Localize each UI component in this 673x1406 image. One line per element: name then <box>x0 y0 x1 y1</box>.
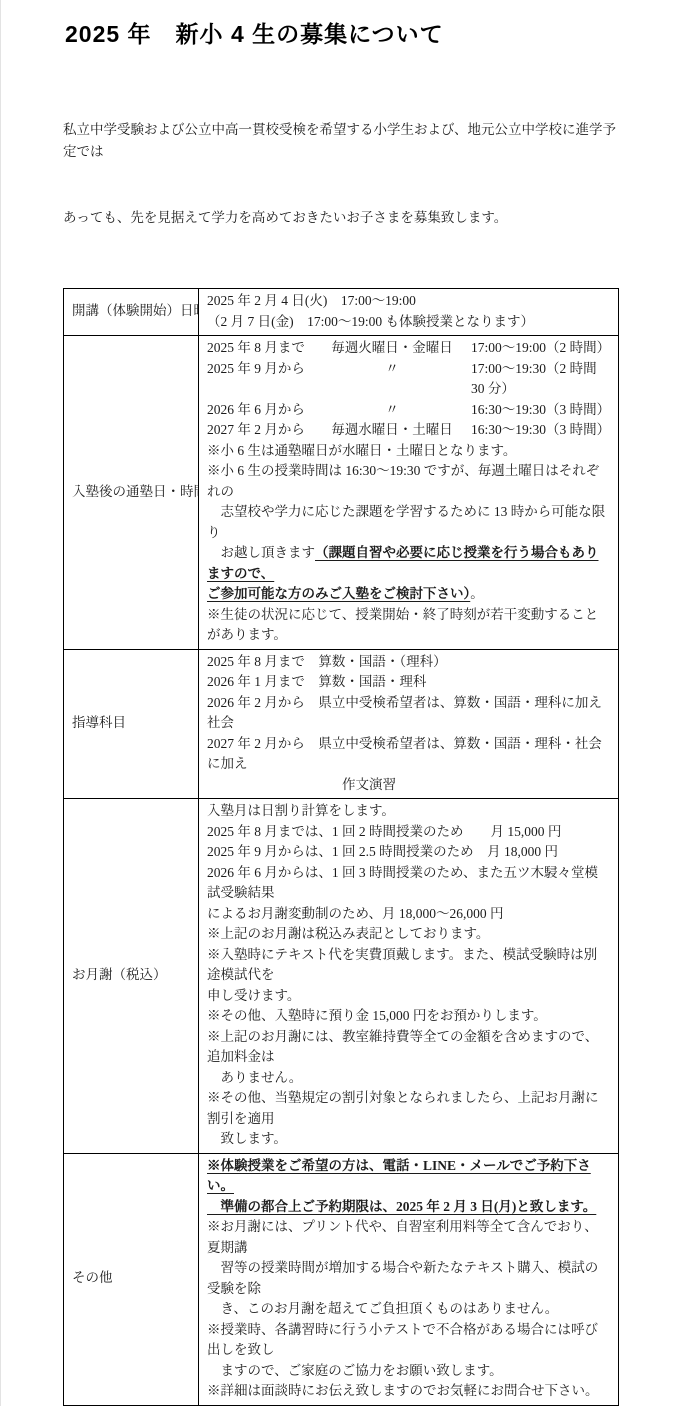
fee-line: ※上記のお月謝には、教室維持費等全ての金額を含めますので、追加料金は <box>207 1027 610 1068</box>
subjects-line: 2026 年 1 月まで 算数・国語・理科 <box>207 672 610 693</box>
fee-line: 2026 年 6 月からは、1 回 3 時間授業のため、また五ツ木駸々堂模試受験… <box>207 863 610 904</box>
table-row-other: その他 ※体験授業をご希望の方は、電話・LINE・メールでご予約下さい。 準備の… <box>64 1153 619 1405</box>
note-plain-text: お越し頂きます <box>207 545 315 560</box>
ditto-mark: 〃 <box>313 400 471 421</box>
subjects-line: 2026 年 2 月から 県立中受検希望者は、算数・国語・理科に加え社会 <box>207 693 610 734</box>
schedule-line: 2025 年 8 月まで毎週火曜日・金曜日17:00～19:00（2 時間） <box>207 338 610 359</box>
subjects-line: 作文演習 <box>207 775 610 796</box>
fee-line: ※入塾時にテキスト代を実費頂戴します。また、模試受験時は別途模試代を <box>207 945 610 986</box>
row-label-opening: 開講（体験開始）日時 <box>64 289 199 336</box>
fee-line: 入塾月は日割り計算をします。 <box>207 801 610 822</box>
schedule-time: 16:30～19:30（3 時間） <box>471 420 610 441</box>
other-note: ※体験授業をご希望の方は、電話・LINE・メールでご予約下さい。 <box>207 1156 610 1197</box>
schedule-note: 志望校や学力に応じた課題を学習するために 13 時から可能な限り <box>207 502 610 543</box>
schedule-line: 2025 年 9 月から〃17:00～19:30（2 時間 30 分） <box>207 359 610 400</box>
intro-line: 私立中学受験および公立中高一貫校受検を希望する小学生および、地元公立中学校に進学… <box>63 119 619 163</box>
row-content-opening: 2025 年 2 月 4 日(火) 17:00～19:00 （2 月 7 日(金… <box>199 289 619 336</box>
note-plain-text: 。 <box>470 586 484 601</box>
table-row-schedule: 入塾後の通塾日・時間 2025 年 8 月まで毎週火曜日・金曜日17:00～19… <box>64 336 619 650</box>
row-content-other: ※体験授業をご希望の方は、電話・LINE・メールでご予約下さい。 準備の都合上ご… <box>199 1153 619 1405</box>
fee-line: 申し受けます。 <box>207 986 610 1007</box>
note-emphasized-text: ご参加可能な方のみご入塾をご検討下さい） <box>207 586 470 601</box>
schedule-note: ※生徒の状況に応じて、授業開始・終了時刻が若干変動することがあります。 <box>207 605 610 646</box>
fee-line: ※その他、当塾規定の割引対象となられましたら、上記お月謝に割引を適用 <box>207 1088 610 1129</box>
fee-line: 2025 年 8 月までは、1 回 2 時間授業のため 月 15,000 円 <box>207 822 610 843</box>
other-note: ますので、ご家庭のご協力をお願い致します。 <box>207 1361 610 1382</box>
schedule-time: 16:30～19:30（3 時間） <box>471 400 610 421</box>
fee-line: ※上記のお月謝は税込み表記としております。 <box>207 924 610 945</box>
recruitment-table: 開講（体験開始）日時 2025 年 2 月 4 日(火) 17:00～19:00… <box>63 288 619 1406</box>
other-note: き、このお月謝を超えてご負担頂くものはありません。 <box>207 1299 610 1320</box>
schedule-period: 2025 年 9 月から <box>207 359 313 400</box>
subjects-line: 2027 年 2 月から 県立中受検希望者は、算数・国語・理科・社会に加え <box>207 734 610 775</box>
schedule-days: 毎週火曜日・金曜日 <box>313 338 471 359</box>
row-content-schedule: 2025 年 8 月まで毎週火曜日・金曜日17:00～19:00（2 時間） 2… <box>199 336 619 650</box>
opening-line: （2 月 7 日(金) 17:00～19:00 も体験授業となります） <box>207 312 610 333</box>
schedule-line: 2027 年 2 月から毎週水曜日・土曜日16:30～19:30（3 時間） <box>207 420 610 441</box>
fee-line: によるお月謝変動制のため、月 18,000～26,000 円 <box>207 904 610 925</box>
schedule-note: ※小 6 生の授業時間は 16:30～19:30 ですが、毎週土曜日はそれぞれの <box>207 461 610 502</box>
other-note: ※授業時、各講習時に行う小テストで不合格がある場合には呼び出しを致し <box>207 1320 610 1361</box>
opening-line: 2025 年 2 月 4 日(火) 17:00～19:00 <box>207 291 610 312</box>
row-label-subjects: 指導科目 <box>64 649 199 799</box>
row-content-fee: 入塾月は日割り計算をします。 2025 年 8 月までは、1 回 2 時間授業の… <box>199 799 619 1154</box>
document-sheet: 2025 年 新小 4 生の募集について 私立中学受験および公立中高一貫校受検を… <box>63 0 619 1406</box>
schedule-time: 17:00～19:00（2 時間） <box>471 338 610 359</box>
schedule-note: ※小 6 生は通塾曜日が水曜日・土曜日となります。 <box>207 441 610 462</box>
reservation-notice-text: ※体験授業をご希望の方は、電話・LINE・メールでご予約下さい。 <box>207 1158 591 1194</box>
table-row-opening: 開講（体験開始）日時 2025 年 2 月 4 日(火) 17:00～19:00… <box>64 289 619 336</box>
row-label-other: その他 <box>64 1153 199 1405</box>
schedule-period: 2027 年 2 月から <box>207 420 313 441</box>
other-note: 習等の授業時間が増加する場合や新たなテキスト購入、模試の受験を除 <box>207 1258 610 1299</box>
table-row-subjects: 指導科目 2025 年 8 月まで 算数・国語・（理科） 2026 年 1 月ま… <box>64 649 619 799</box>
table-row-fee: お月謝（税込） 入塾月は日割り計算をします。 2025 年 8 月までは、1 回… <box>64 799 619 1154</box>
other-note: ※お月謝には、プリント代や、自習室利用料等全て含んでおり、夏期講 <box>207 1217 610 1258</box>
ditto-mark: 〃 <box>313 359 471 400</box>
subjects-line: 2025 年 8 月まで 算数・国語・（理科） <box>207 652 610 673</box>
other-note: ※詳細は面談時にお伝え致しますのでお気軽にお問合せ下さい。 <box>207 1381 610 1402</box>
row-label-schedule: 入塾後の通塾日・時間 <box>64 336 199 650</box>
row-label-fee: お月謝（税込） <box>64 799 199 1154</box>
schedule-line: 2026 年 6 月から〃16:30～19:30（3 時間） <box>207 400 610 421</box>
fee-line: ※その他、入塾時に預り金 15,000 円をお預かりします。 <box>207 1006 610 1027</box>
schedule-note: ご参加可能な方のみご入塾をご検討下さい）。 <box>207 584 610 605</box>
schedule-note: お越し頂きます（課題自習や必要に応じ授業を行う場合もありますので、 <box>207 543 610 584</box>
schedule-period: 2025 年 8 月まで <box>207 338 313 359</box>
fee-line: ありません。 <box>207 1068 610 1089</box>
page-title: 2025 年 新小 4 生の募集について <box>65 16 619 49</box>
fee-line: 致します。 <box>207 1129 610 1150</box>
schedule-time: 17:00～19:30（2 時間 30 分） <box>471 359 610 400</box>
fee-line: 2025 年 9 月からは、1 回 2.5 時間授業のため 月 18,000 円 <box>207 842 610 863</box>
schedule-days: 毎週水曜日・土曜日 <box>313 420 471 441</box>
schedule-period: 2026 年 6 月から <box>207 400 313 421</box>
row-content-subjects: 2025 年 8 月まで 算数・国語・（理科） 2026 年 1 月まで 算数・… <box>199 649 619 799</box>
document-page: { "colors": { "text": "#1c1c1c", "border… <box>0 0 673 1406</box>
intro-line: あっても、先を見据えて学力を高めておきたいお子さまを募集致します。 <box>63 207 619 229</box>
reservation-deadline-text: 準備の都合上ご予約期限は、2025 年 2 月 3 日(月)と致します。 <box>207 1199 596 1214</box>
intro-paragraph: 私立中学受験および公立中高一貫校受検を希望する小学生および、地元公立中学校に進学… <box>63 75 619 273</box>
other-note: 準備の都合上ご予約期限は、2025 年 2 月 3 日(月)と致します。 <box>207 1197 610 1218</box>
